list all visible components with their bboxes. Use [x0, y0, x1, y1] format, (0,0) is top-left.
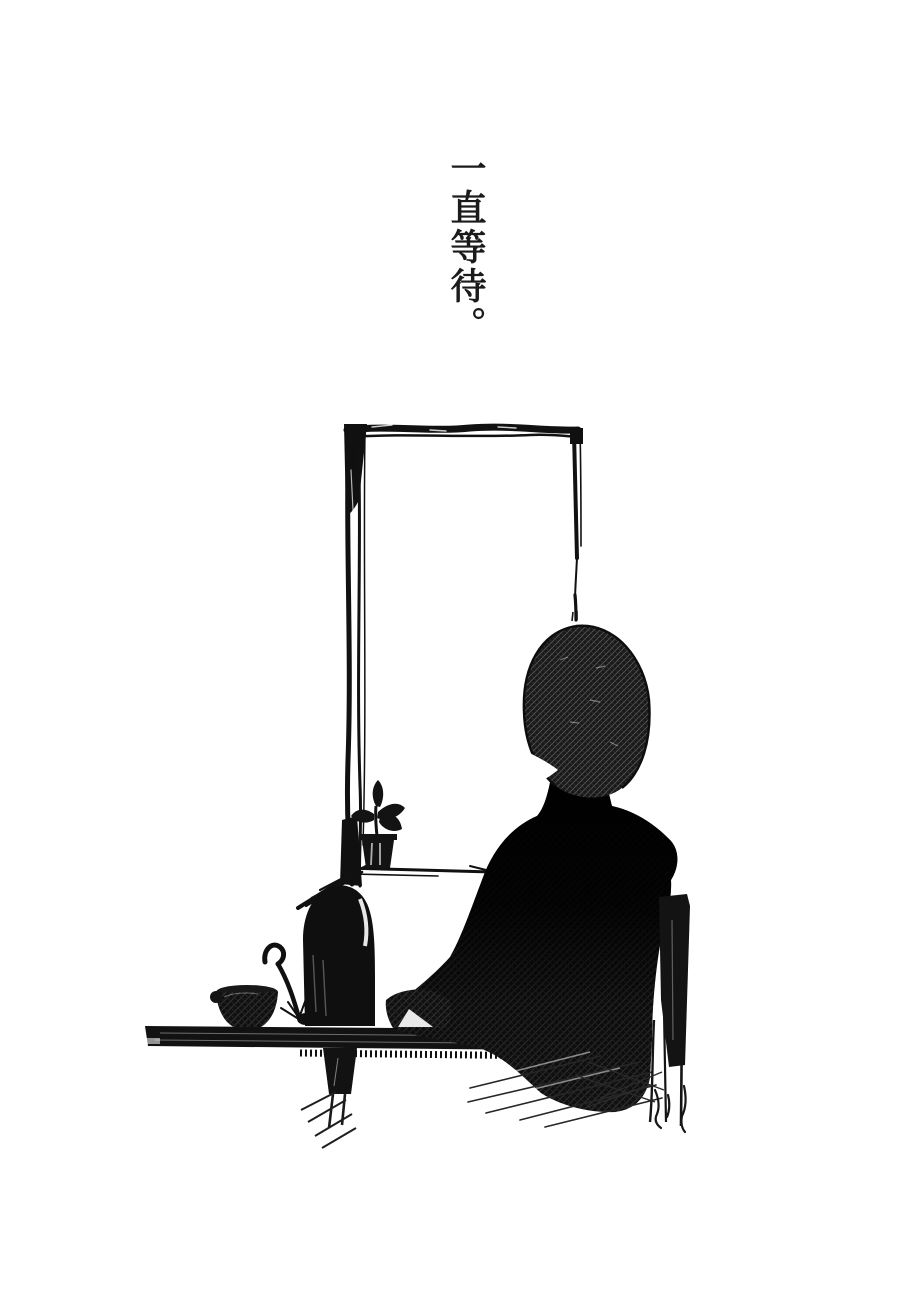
ink-illustration [0, 0, 900, 1300]
jar [303, 885, 375, 1026]
manga-page: 一直等待。 [0, 0, 900, 1300]
tea-bowl [210, 985, 278, 1031]
head [518, 611, 650, 798]
table-leg [301, 1048, 357, 1148]
